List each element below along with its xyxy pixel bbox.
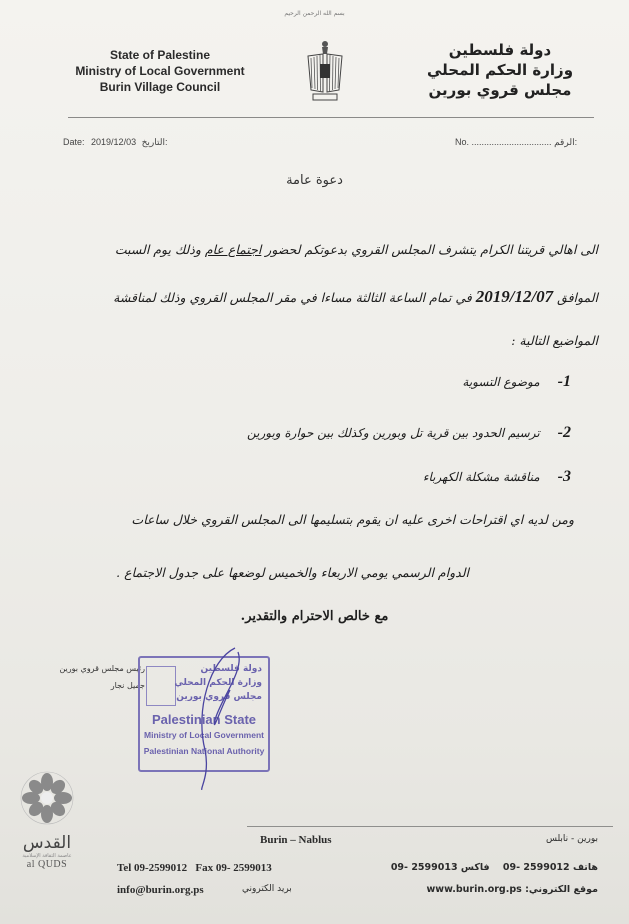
eagle-emblem-icon xyxy=(305,36,345,106)
handwritten-signature-icon xyxy=(190,640,250,790)
letterhead-english: State of Palestine Ministry of Local Gov… xyxy=(60,47,260,95)
letterhead-en-line: Ministry of Local Government xyxy=(60,63,260,79)
letterhead-ar-line: وزارة الحكم المحلي xyxy=(400,60,600,80)
agenda-item-number: 1- xyxy=(558,373,571,390)
header-divider xyxy=(68,117,594,118)
p2-start: الموافق xyxy=(553,290,598,305)
p1-start: الى اهالي قريتنا الكرام يتشرف المجلس الق… xyxy=(261,242,598,257)
agenda-item-text: مناقشة مشكلة الكهرباء xyxy=(423,470,540,484)
footer-tel-fax-en: Tel 09-2599012 Fax 09- 2599013 xyxy=(117,862,272,874)
paragraph-topics-intro: المواضيع التالية : xyxy=(511,333,598,348)
paragraph-office-hours: الدوام الرسمي يومي الاربعاء والخميس لوضع… xyxy=(116,565,469,580)
meeting-date: 2019/12/07 xyxy=(476,287,553,306)
basmala: بسم الله الرحمن الرحيم xyxy=(0,10,629,17)
letterhead-arabic: دولة فلسطين وزارة الحكم المحلي مجلس قروي… xyxy=(400,40,600,100)
agenda-item-text: ترسيم الحدود بين قرية تل وبورين وكذلك بي… xyxy=(247,426,540,440)
signatory-block: رئيس مجلس قروي بورين جميل نجار xyxy=(45,660,145,694)
stamp-emblem-icon xyxy=(146,666,176,706)
agenda-item-number: 2- xyxy=(558,424,571,441)
footer-tel-fax-ar: هاتف 2599012 -09 فاكس 2599013 -09 xyxy=(391,862,598,873)
al-quds-logo: القدس عاصمة الثقافة الإسلامية al QUDS xyxy=(12,770,82,880)
p2-end: في تمام الساعة الثالثة مساءا في مقر المج… xyxy=(113,290,476,305)
paragraph-suggestions: ومن لديه اي اقتراحات اخرى عليه ان يقوم ب… xyxy=(131,512,574,527)
ref-dots: ................................ xyxy=(472,137,552,147)
p1-underlined: اجتماع عام xyxy=(205,242,261,257)
footer-city-ar: بورين - نابلس xyxy=(546,834,598,844)
letterhead-en-line: State of Palestine xyxy=(60,47,260,63)
footer-divider xyxy=(247,826,613,827)
document-title: دعوة عامة xyxy=(0,173,629,188)
date-label-ar: التاريخ: xyxy=(142,137,168,147)
paragraph-date-time: الموافق 2019/12/07 في تمام الساعة الثالث… xyxy=(113,287,598,307)
agenda-item: 3-مناقشة مشكلة الكهرباء xyxy=(423,468,571,486)
date-value: 2019/12/03 xyxy=(91,137,136,147)
signatory-title: رئيس مجلس قروي بورين xyxy=(45,660,145,677)
agenda-item: 1-موضوع التسوية xyxy=(462,373,571,391)
reference-number-field: No. ................................ الر… xyxy=(455,137,577,148)
letterhead-ar-line: مجلس قروي بورين xyxy=(400,80,600,100)
agenda-item-number: 3- xyxy=(558,468,571,485)
quds-star-icon xyxy=(19,770,75,826)
agenda-item: 2-ترسيم الحدود بين قرية تل وبورين وكذلك … xyxy=(247,424,571,442)
footer-website-link[interactable]: موقع الكتروني: www.burin.org.ps xyxy=(427,884,598,895)
footer-city-en: Burin – Nablus xyxy=(260,834,332,846)
date-field: Date: 2019/12/03 التاريخ: xyxy=(63,137,167,148)
date-label-en: Date: xyxy=(63,137,85,147)
agenda-item-text: موضوع التسوية xyxy=(462,375,539,389)
logo-english: al QUDS xyxy=(12,859,82,870)
letterhead-en-line: Burin Village Council xyxy=(60,79,260,95)
closing-line: مع خالص الاحترام والتقدير. xyxy=(0,609,629,624)
ref-label-ar: الرقم: xyxy=(554,137,577,147)
footer-email-label-ar: بريد الكتروني xyxy=(242,884,292,894)
signatory-name: جميل نجار xyxy=(45,677,145,694)
paragraph-invitation: الى اهالي قريتنا الكرام يتشرف المجلس الق… xyxy=(115,242,598,257)
ref-label-en: No. xyxy=(455,137,469,147)
footer-email-link[interactable]: info@burin.org.ps xyxy=(117,884,204,896)
logo-arabic: القدس xyxy=(12,833,82,853)
p1-end: وذلك يوم السبت xyxy=(115,242,205,257)
letterhead-ar-line: دولة فلسطين xyxy=(400,40,600,60)
